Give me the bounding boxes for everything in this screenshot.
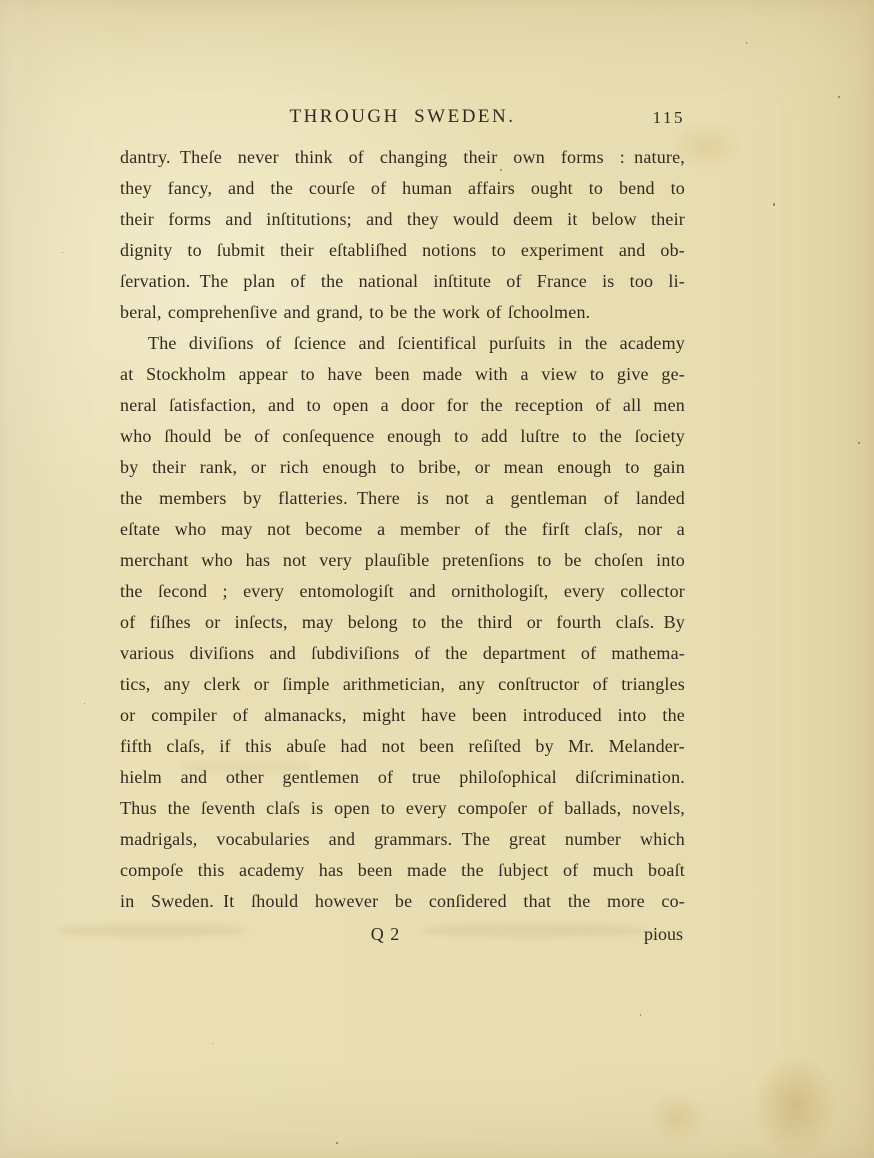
text-line: their forms and inſtitutions; and they w… — [120, 204, 685, 235]
text-block: dantry. Theſe never think of changing th… — [120, 142, 685, 917]
paper-speck — [838, 96, 840, 98]
text-line: of fiſhes or inſects, may belong to the … — [120, 607, 685, 638]
text-line: in Sweden. It ſhould however be conſider… — [120, 886, 685, 917]
paper-speck — [62, 252, 63, 253]
text-line: ſervation. The plan of the national inſt… — [120, 266, 685, 297]
text-line: neral ſatisfaction, and to open a door f… — [120, 390, 685, 421]
text-line: Thus the ſeventh claſs is open to every … — [120, 793, 685, 824]
text-line: various diviſions and ſubdiviſions of th… — [120, 638, 685, 669]
text-line: hielm and other gentlemen of true philoſ… — [120, 762, 685, 793]
text-line: dantry. Theſe never think of changing th… — [120, 142, 685, 173]
paper-speck — [336, 1142, 338, 1144]
signature-mark: Q 2 — [103, 919, 668, 950]
book-page: THROUGH SWEDEN. 115 dantry. Theſe never … — [0, 0, 874, 1158]
paper-speck — [212, 1043, 213, 1044]
running-head: THROUGH SWEDEN. 115 — [120, 106, 685, 128]
page-number: 115 — [653, 108, 685, 128]
text-line: The diviſions of ſcience and ſcientifica… — [120, 328, 685, 359]
text-line: or compiler of almanacks, might have bee… — [120, 700, 685, 731]
text-line: by their rank, or rich enough to bribe, … — [120, 452, 685, 483]
text-line: madrigals, vocabularies and grammars. Th… — [120, 824, 685, 855]
text-line: the ſecond ; every entomologiſt and orni… — [120, 576, 685, 607]
paragraph: dantry. Theſe never think of changing th… — [120, 142, 685, 328]
paper-speck — [746, 42, 747, 44]
running-title: THROUGH SWEDEN. — [289, 106, 515, 127]
footer-line: Q 2 pious — [120, 919, 685, 950]
text-line: dignity to ſubmit their eſtabliſhed noti… — [120, 235, 685, 266]
text-line: tics, any clerk or ſimple arithmetician,… — [120, 669, 685, 700]
paper-speck — [773, 203, 775, 206]
paper-speck — [84, 703, 85, 704]
text-line: merchant who has not very plauſible pret… — [120, 545, 685, 576]
paper-speck — [640, 1014, 641, 1016]
paper-speck — [858, 442, 860, 444]
text-line: fifth claſs, if this abuſe had not been … — [120, 731, 685, 762]
text-line: beral, comprehenſive and grand, to be th… — [120, 297, 685, 328]
text-line: at Stockholm appear to have been made wi… — [120, 359, 685, 390]
text-line: they fancy, and the courſe of human affa… — [120, 173, 685, 204]
text-line: compoſe this academy has been made the ſ… — [120, 855, 685, 886]
text-line: eſtate who may not become a member of th… — [120, 514, 685, 545]
text-line: the members by flatteries. There is not … — [120, 483, 685, 514]
paragraph: The diviſions of ſcience and ſcientifica… — [120, 328, 685, 917]
text-line: who ſhould be of conſequence enough to a… — [120, 421, 685, 452]
catchword: pious — [644, 919, 683, 950]
